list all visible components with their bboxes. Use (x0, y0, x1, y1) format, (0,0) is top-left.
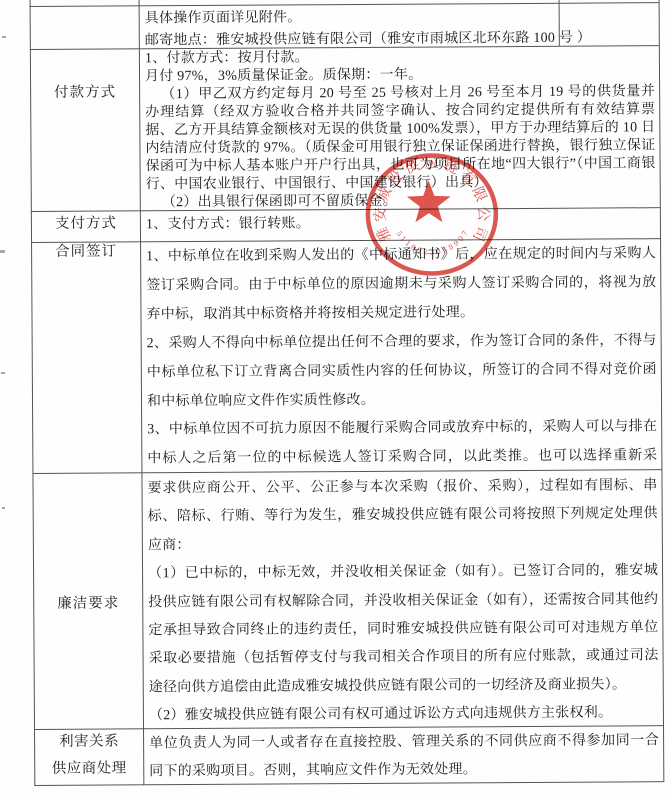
table-row-integrity-requirements-content: 要求供应商公开、公平、公正参与本次采购（报价、采购），过程如有围标、串标、陪标、… (147, 470, 659, 730)
row-label-text: 供应商处理 (35, 755, 143, 783)
row-label-integrity-requirements: 廉洁要求 (34, 595, 142, 612)
table-border-left (30, 0, 36, 786)
document-sheet: 付款方式 支付方式 合同签订 廉洁要求 利害关系 供应商处理 具体操作页面详见附… (0, 0, 672, 795)
row-label-text: 利害关系 (35, 728, 143, 756)
row-label-related-supplier-handling: 利害关系 供应商处理 (35, 728, 143, 783)
row-label-text: 廉洁要求 (34, 595, 142, 612)
row-label-payment-terms: 付款方式 (31, 84, 139, 101)
row-label-text: 支付方式 (32, 215, 140, 232)
company-seal-stamp: 雅安城投供应链有限公司 5118023058907 (362, 151, 501, 278)
row-label-text: 合同签订 (32, 243, 140, 260)
row-label-payment-method: 支付方式 (32, 215, 140, 232)
scanned-document-page: 付款方式 支付方式 合同签订 廉洁要求 利害关系 供应商处理 具体操作页面详见附… (0, 0, 672, 795)
paragraph: （1）已中标的，中标无效，并没收相关保证金（如有）。已签订合同的，雅安城投供应链… (148, 557, 659, 702)
paragraph: 3、中标单位因不可抗力原因不能履行采购合同或放弃中标的，采购人可以与排在中标人之… (147, 414, 657, 474)
paragraph: 要求供应商公开、公平、公正参与本次采购（报价、采购），过程如有围标、串标、陪标、… (147, 472, 658, 560)
row-label-text: 付款方式 (31, 84, 139, 101)
paragraph: 具体操作页面详见附件。 (145, 5, 655, 30)
table-row-related-supplier-handling-content: 单位负责人为同一人或者存在直接控股、管理关系的不同供应商不得参加同一合同下的采购… (149, 726, 659, 785)
table-row-mailing-note-content: 具体操作页面详见附件。邮寄地点：雅安城投供应链有限公司（雅安市雨城区北环东路 1… (145, 3, 655, 50)
seal-registration-code: 5118023058907 (394, 229, 469, 256)
row-label-contract-signing: 合同签订 (32, 243, 140, 260)
table-border-right (659, 0, 665, 782)
table-column-divider (139, 0, 145, 785)
seal-star-icon (407, 180, 451, 222)
paragraph: 单位负责人为同一人或者存在直接控股、管理关系的不同供应商不得参加同一合同下的采购… (149, 727, 659, 785)
paragraph: 2、采购人不得向中标单位提出任何不合理的要求，作为签订合同的条件，不得与中标单位… (147, 327, 658, 417)
